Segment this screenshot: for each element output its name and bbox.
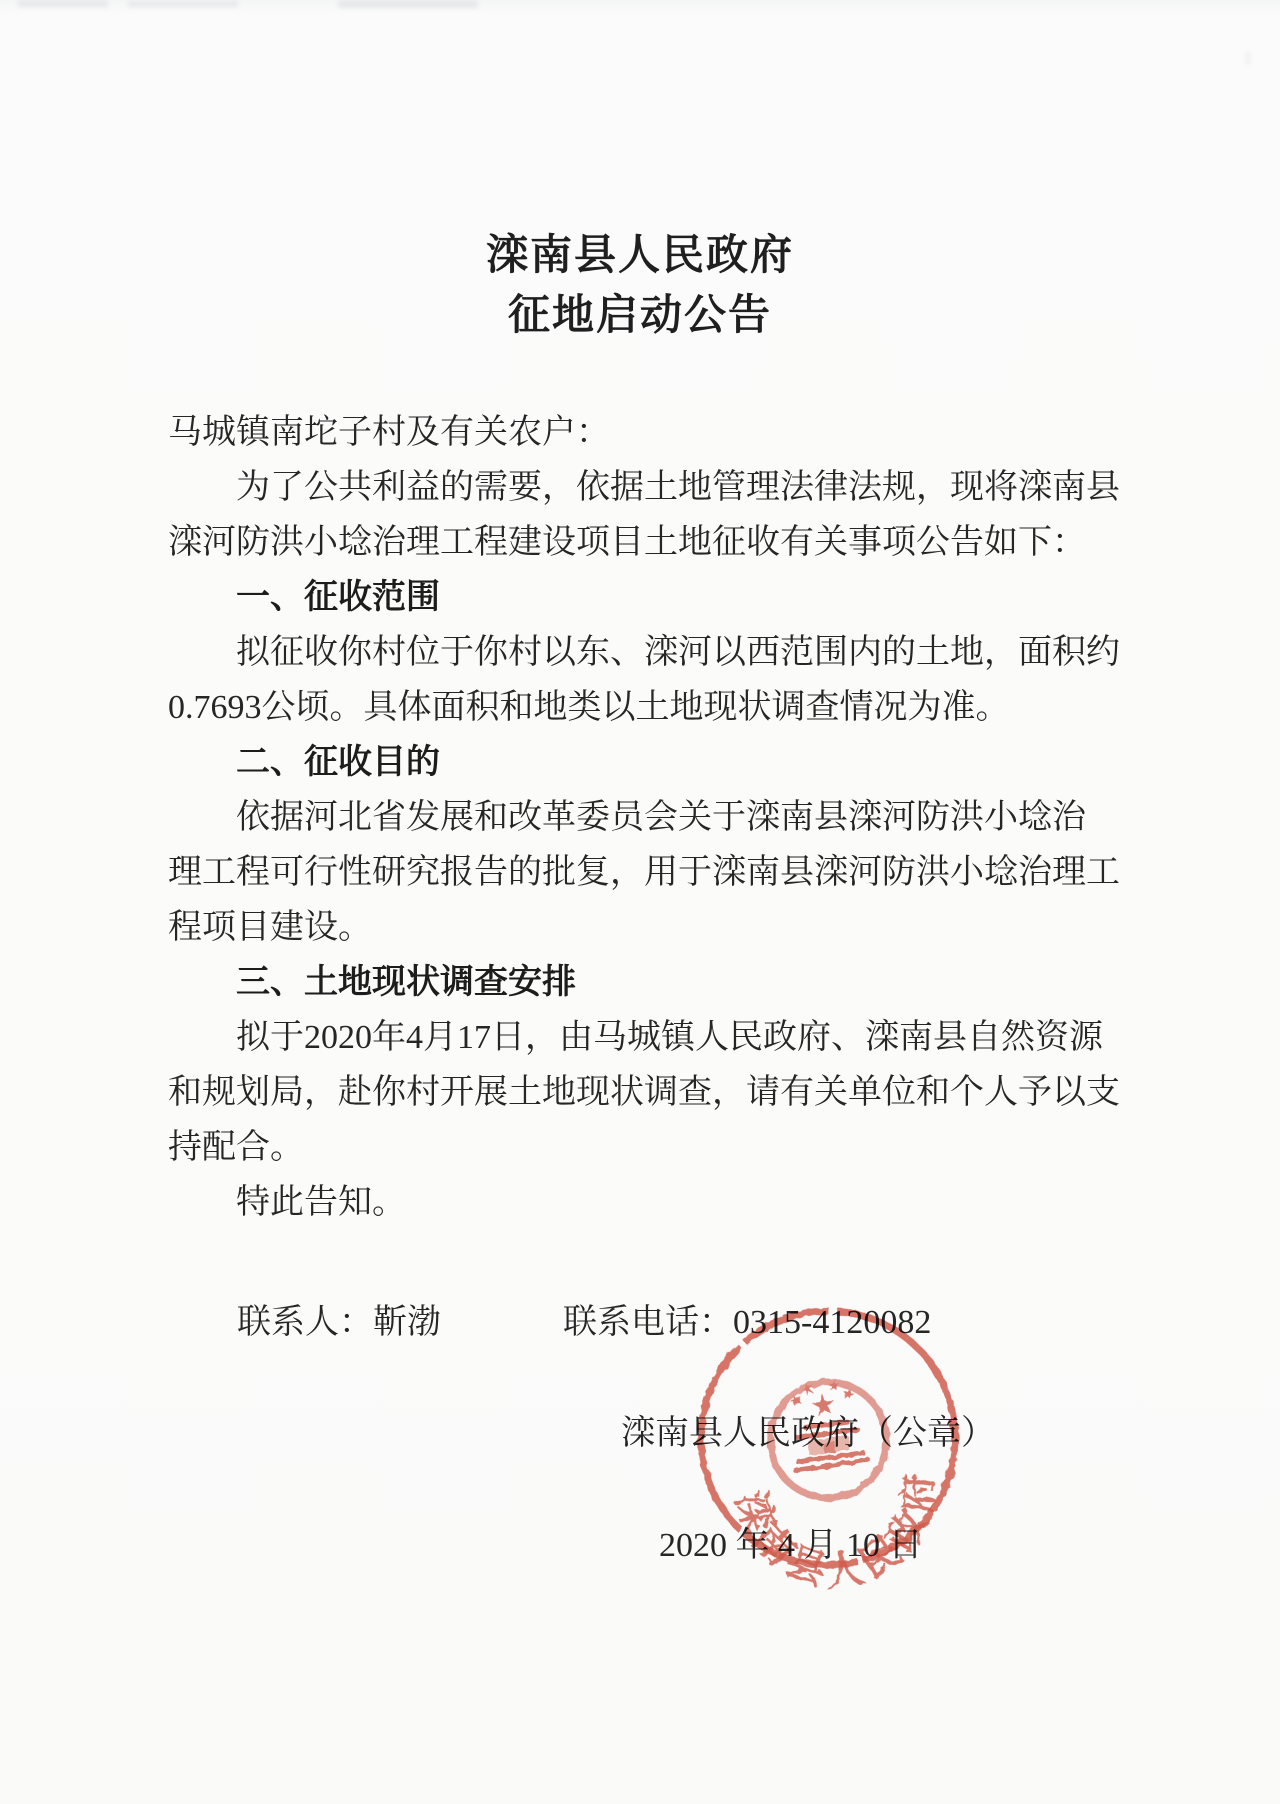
salutation: 马城镇南坨子村及有关农户： (168, 405, 1130, 460)
paragraph-3-line: 理工程可行性研究报告的批复，用于滦南县滦河防洪小埝治理工 (168, 845, 1130, 900)
contact-person: 联系人：靳渤 (237, 1295, 441, 1350)
seal-national-emblem (763, 1373, 894, 1506)
scan-smudge (18, 0, 108, 7)
paragraph-1-line: 为了公共利益的需要，依据土地管理法律法规，现将滦南县 (168, 460, 1130, 515)
scan-smudge (128, 1, 238, 7)
paragraph-4-line: 和规划局，赴你村开展土地现状调查，请有关单位和个人予以支 (168, 1065, 1130, 1120)
paragraph-4-line: 持配合。 (168, 1120, 1130, 1175)
paragraph-4-line: 拟于2020年4月17日，由马城镇人民政府、滦南县自然资源 (168, 1010, 1130, 1065)
title-line-issuer: 滦南县人民政府 (0, 225, 1280, 285)
section-heading-1: 一、征收范围 (168, 570, 1130, 625)
paragraph-3-line: 程项目建设。 (168, 900, 1130, 955)
official-red-seal: 滦南县人民政府 (659, 1269, 998, 1608)
scan-smudge (1246, 52, 1250, 66)
closing-line: 特此告知。 (168, 1175, 1130, 1230)
section-heading-3: 三、土地现状调查安排 (168, 955, 1130, 1010)
paragraph-1-line: 滦河防洪小埝治理工程建设项目土地征收有关事项公告如下： (168, 515, 1130, 570)
scan-smudge (338, 0, 478, 8)
announcement-document-page: 滦南县人民政府 征地启动公告 马城镇南坨子村及有关农户： 为了公共利益的需要，依… (0, 0, 1280, 1804)
seal-arc-text: 滦南县人民政府 (726, 1462, 957, 1608)
paragraph-2-line: 0.7693公顷。具体面积和地类以土地现状调查情况为准。 (168, 680, 1130, 735)
section-heading-2: 二、征收目的 (168, 735, 1130, 790)
paragraph-3-line: 依据河北省发展和改革委员会关于滦南县滦河防洪小埝治 (168, 790, 1130, 845)
document-title: 滦南县人民政府 征地启动公告 (0, 0, 1280, 345)
title-line-subject: 征地启动公告 (0, 285, 1280, 345)
paragraph-2-line: 拟征收你村位于你村以东、滦河以西范围内的土地，面积约 (168, 625, 1130, 680)
document-body: 马城镇南坨子村及有关农户： 为了公共利益的需要，依据土地管理法律法规，现将滦南县… (168, 405, 1130, 1230)
